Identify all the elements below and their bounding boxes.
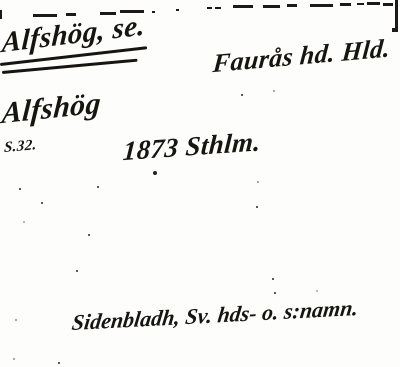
scan-speck xyxy=(76,270,78,272)
scan-speck xyxy=(15,319,17,321)
scan-speck xyxy=(316,290,318,292)
scan-speck xyxy=(274,292,276,294)
district-note: Faurås hd. Hld. xyxy=(212,33,392,79)
scan-speck xyxy=(19,188,21,190)
scan-speck xyxy=(272,278,274,280)
scan-speck xyxy=(13,358,15,360)
scan-speck xyxy=(88,234,90,236)
place-name: Alfshög xyxy=(1,86,102,131)
page-reference: S.32. xyxy=(4,137,38,157)
source-citation: Sidenbladh, Sv. hds- o. s:namn. xyxy=(70,295,359,336)
scan-speck xyxy=(41,202,43,204)
year-and-place: 1873 Sthlm. xyxy=(122,126,262,167)
scan-speck xyxy=(273,90,275,92)
scan-speck xyxy=(241,94,243,96)
scan-speck xyxy=(97,186,99,188)
scan-speck xyxy=(153,171,157,175)
scan-speck xyxy=(58,362,60,364)
scan-speck xyxy=(257,181,259,183)
scan-speck xyxy=(23,221,25,223)
scan-speck xyxy=(256,206,258,208)
index-card: Alfshög, se. Faurås hd. Hld. Alfshög S.3… xyxy=(0,0,400,367)
